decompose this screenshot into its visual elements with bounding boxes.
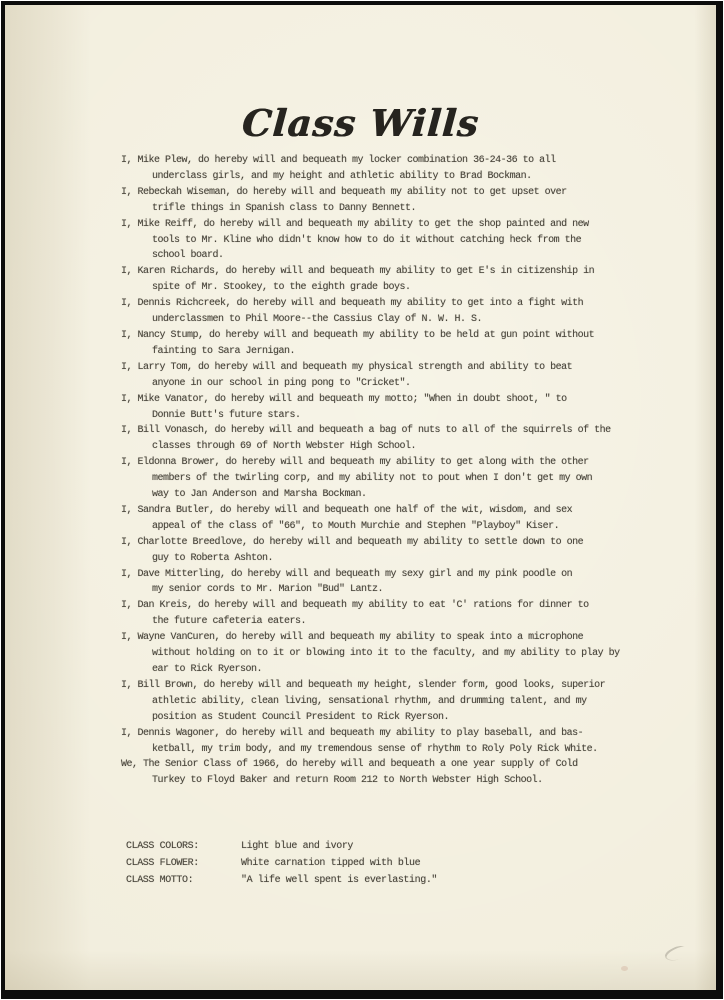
will-line: ear to Rick Ryerson. — [152, 662, 631, 678]
will-entry: We, The Senior Class of 1966, do hereby … — [121, 757, 631, 789]
will-line: I, Wayne VanCuren, do hereby will and be… — [121, 630, 631, 646]
class-info-row: CLASS MOTTO:"A life well spent is everla… — [126, 873, 437, 890]
will-entry: I, Nancy Stump, do hereby will and beque… — [121, 328, 631, 360]
will-line: classes through 69 of North Webster High… — [152, 439, 631, 455]
class-info-label: CLASS MOTTO: — [126, 873, 241, 890]
class-info-list: CLASS COLORS:Light blue and ivoryCLASS F… — [126, 839, 437, 889]
will-line: members of the twirling corp, and my abi… — [152, 471, 631, 487]
will-line: I, Karen Richards, do hereby will and be… — [121, 264, 631, 280]
will-line: trifle things in Spanish class to Danny … — [152, 201, 631, 217]
will-entry: I, Dennis Wagoner, do hereby will and be… — [121, 726, 631, 758]
wills-list: I, Mike Plew, do hereby will and bequeat… — [121, 153, 631, 789]
will-entry: I, Dave Mitterling, do hereby will and b… — [121, 567, 631, 599]
will-line: school board. — [152, 248, 631, 264]
will-entry: I, Wayne VanCuren, do hereby will and be… — [121, 630, 631, 678]
will-line: guy to Roberta Ashton. — [152, 551, 631, 567]
class-info-row: CLASS FLOWER:White carnation tipped with… — [126, 856, 437, 873]
will-entry: I, Eldonna Brower, do hereby will and be… — [121, 455, 631, 503]
class-info-value: White carnation tipped with blue — [241, 858, 420, 869]
will-entry: I, Dennis Richcreek, do hereby will and … — [121, 296, 631, 328]
class-info-value: Light blue and ivory — [241, 841, 353, 852]
will-line: I, Bill Vonasch, do hereby will and bequ… — [121, 423, 631, 439]
will-entry: I, Mike Reiff, do hereby will and bequea… — [121, 217, 631, 265]
will-line: underclassmen to Phil Moore--the Cassius… — [152, 312, 631, 328]
will-line: fainting to Sara Jernigan. — [152, 344, 631, 360]
will-line: I, Dave Mitterling, do hereby will and b… — [121, 567, 631, 583]
will-line: I, Rebeckah Wiseman, do hereby will and … — [121, 185, 631, 201]
will-entry: I, Larry Tom, do hereby will and bequeat… — [121, 360, 631, 392]
class-info-value: "A life well spent is everlasting." — [241, 875, 437, 886]
will-line: I, Eldonna Brower, do hereby will and be… — [121, 455, 631, 471]
will-entry: I, Bill Vonasch, do hereby will and bequ… — [121, 423, 631, 455]
will-entry: I, Rebeckah Wiseman, do hereby will and … — [121, 185, 631, 217]
pencil-smudge — [660, 944, 693, 963]
paper-stain — [621, 966, 628, 971]
scan-border: Class Wills I, Mike Plew, do hereby will… — [1, 1, 723, 999]
will-line: the future cafeteria eaters. — [152, 614, 631, 630]
will-line: tools to Mr. Kline who didn't know how t… — [152, 233, 631, 249]
will-line: I, Mike Plew, do hereby will and bequeat… — [121, 153, 631, 169]
will-line: my senior cords to Mr. Marion "Bud" Lant… — [152, 582, 631, 598]
will-line: position as Student Council President to… — [152, 710, 631, 726]
class-info-row: CLASS COLORS:Light blue and ivory — [126, 839, 437, 856]
class-info-label: CLASS FLOWER: — [126, 856, 241, 873]
will-line: I, Charlotte Breedlove, do hereby will a… — [121, 535, 631, 551]
will-line: Turkey to Floyd Baker and return Room 21… — [152, 773, 631, 789]
will-line: We, The Senior Class of 1966, do hereby … — [121, 757, 631, 773]
will-line: I, Sandra Butler, do hereby will and beq… — [121, 503, 631, 519]
yearbook-page: Class Wills I, Mike Plew, do hereby will… — [5, 5, 716, 990]
will-line: athletic ability, clean living, sensatio… — [152, 694, 631, 710]
will-line: I, Mike Vanator, do hereby will and bequ… — [121, 392, 631, 408]
will-entry: I, Mike Vanator, do hereby will and bequ… — [121, 392, 631, 424]
page-title: Class Wills — [3, 101, 717, 145]
will-line: I, Nancy Stump, do hereby will and beque… — [121, 328, 631, 344]
will-line: I, Dennis Richcreek, do hereby will and … — [121, 296, 631, 312]
will-line: ketball, my trim body, and my tremendous… — [152, 742, 631, 758]
will-entry: I, Charlotte Breedlove, do hereby will a… — [121, 535, 631, 567]
will-entry: I, Mike Plew, do hereby will and bequeat… — [121, 153, 631, 185]
will-line: I, Bill Brown, do hereby will and bequea… — [121, 678, 631, 694]
will-line: underclass girls, and my height and athl… — [152, 169, 631, 185]
will-entry: I, Sandra Butler, do hereby will and beq… — [121, 503, 631, 535]
will-line: I, Mike Reiff, do hereby will and bequea… — [121, 217, 631, 233]
will-entry: I, Karen Richards, do hereby will and be… — [121, 264, 631, 296]
will-line: without holding on to it or blowing into… — [152, 646, 631, 662]
will-entry: I, Dan Kreis, do hereby will and bequeat… — [121, 598, 631, 630]
will-line: I, Dennis Wagoner, do hereby will and be… — [121, 726, 631, 742]
will-line: I, Dan Kreis, do hereby will and bequeat… — [121, 598, 631, 614]
will-line: appeal of the class of "66", to Mouth Mu… — [152, 519, 631, 535]
will-line: way to Jan Anderson and Marsha Bockman. — [152, 487, 631, 503]
will-line: anyone in our school in ping pong to "Cr… — [152, 376, 631, 392]
will-line: I, Larry Tom, do hereby will and bequeat… — [121, 360, 631, 376]
will-line: spite of Mr. Stookey, to the eighth grad… — [152, 280, 631, 296]
class-info-label: CLASS COLORS: — [126, 839, 241, 856]
will-entry: I, Bill Brown, do hereby will and bequea… — [121, 678, 631, 726]
will-line: Donnie Butt's future stars. — [152, 408, 631, 424]
